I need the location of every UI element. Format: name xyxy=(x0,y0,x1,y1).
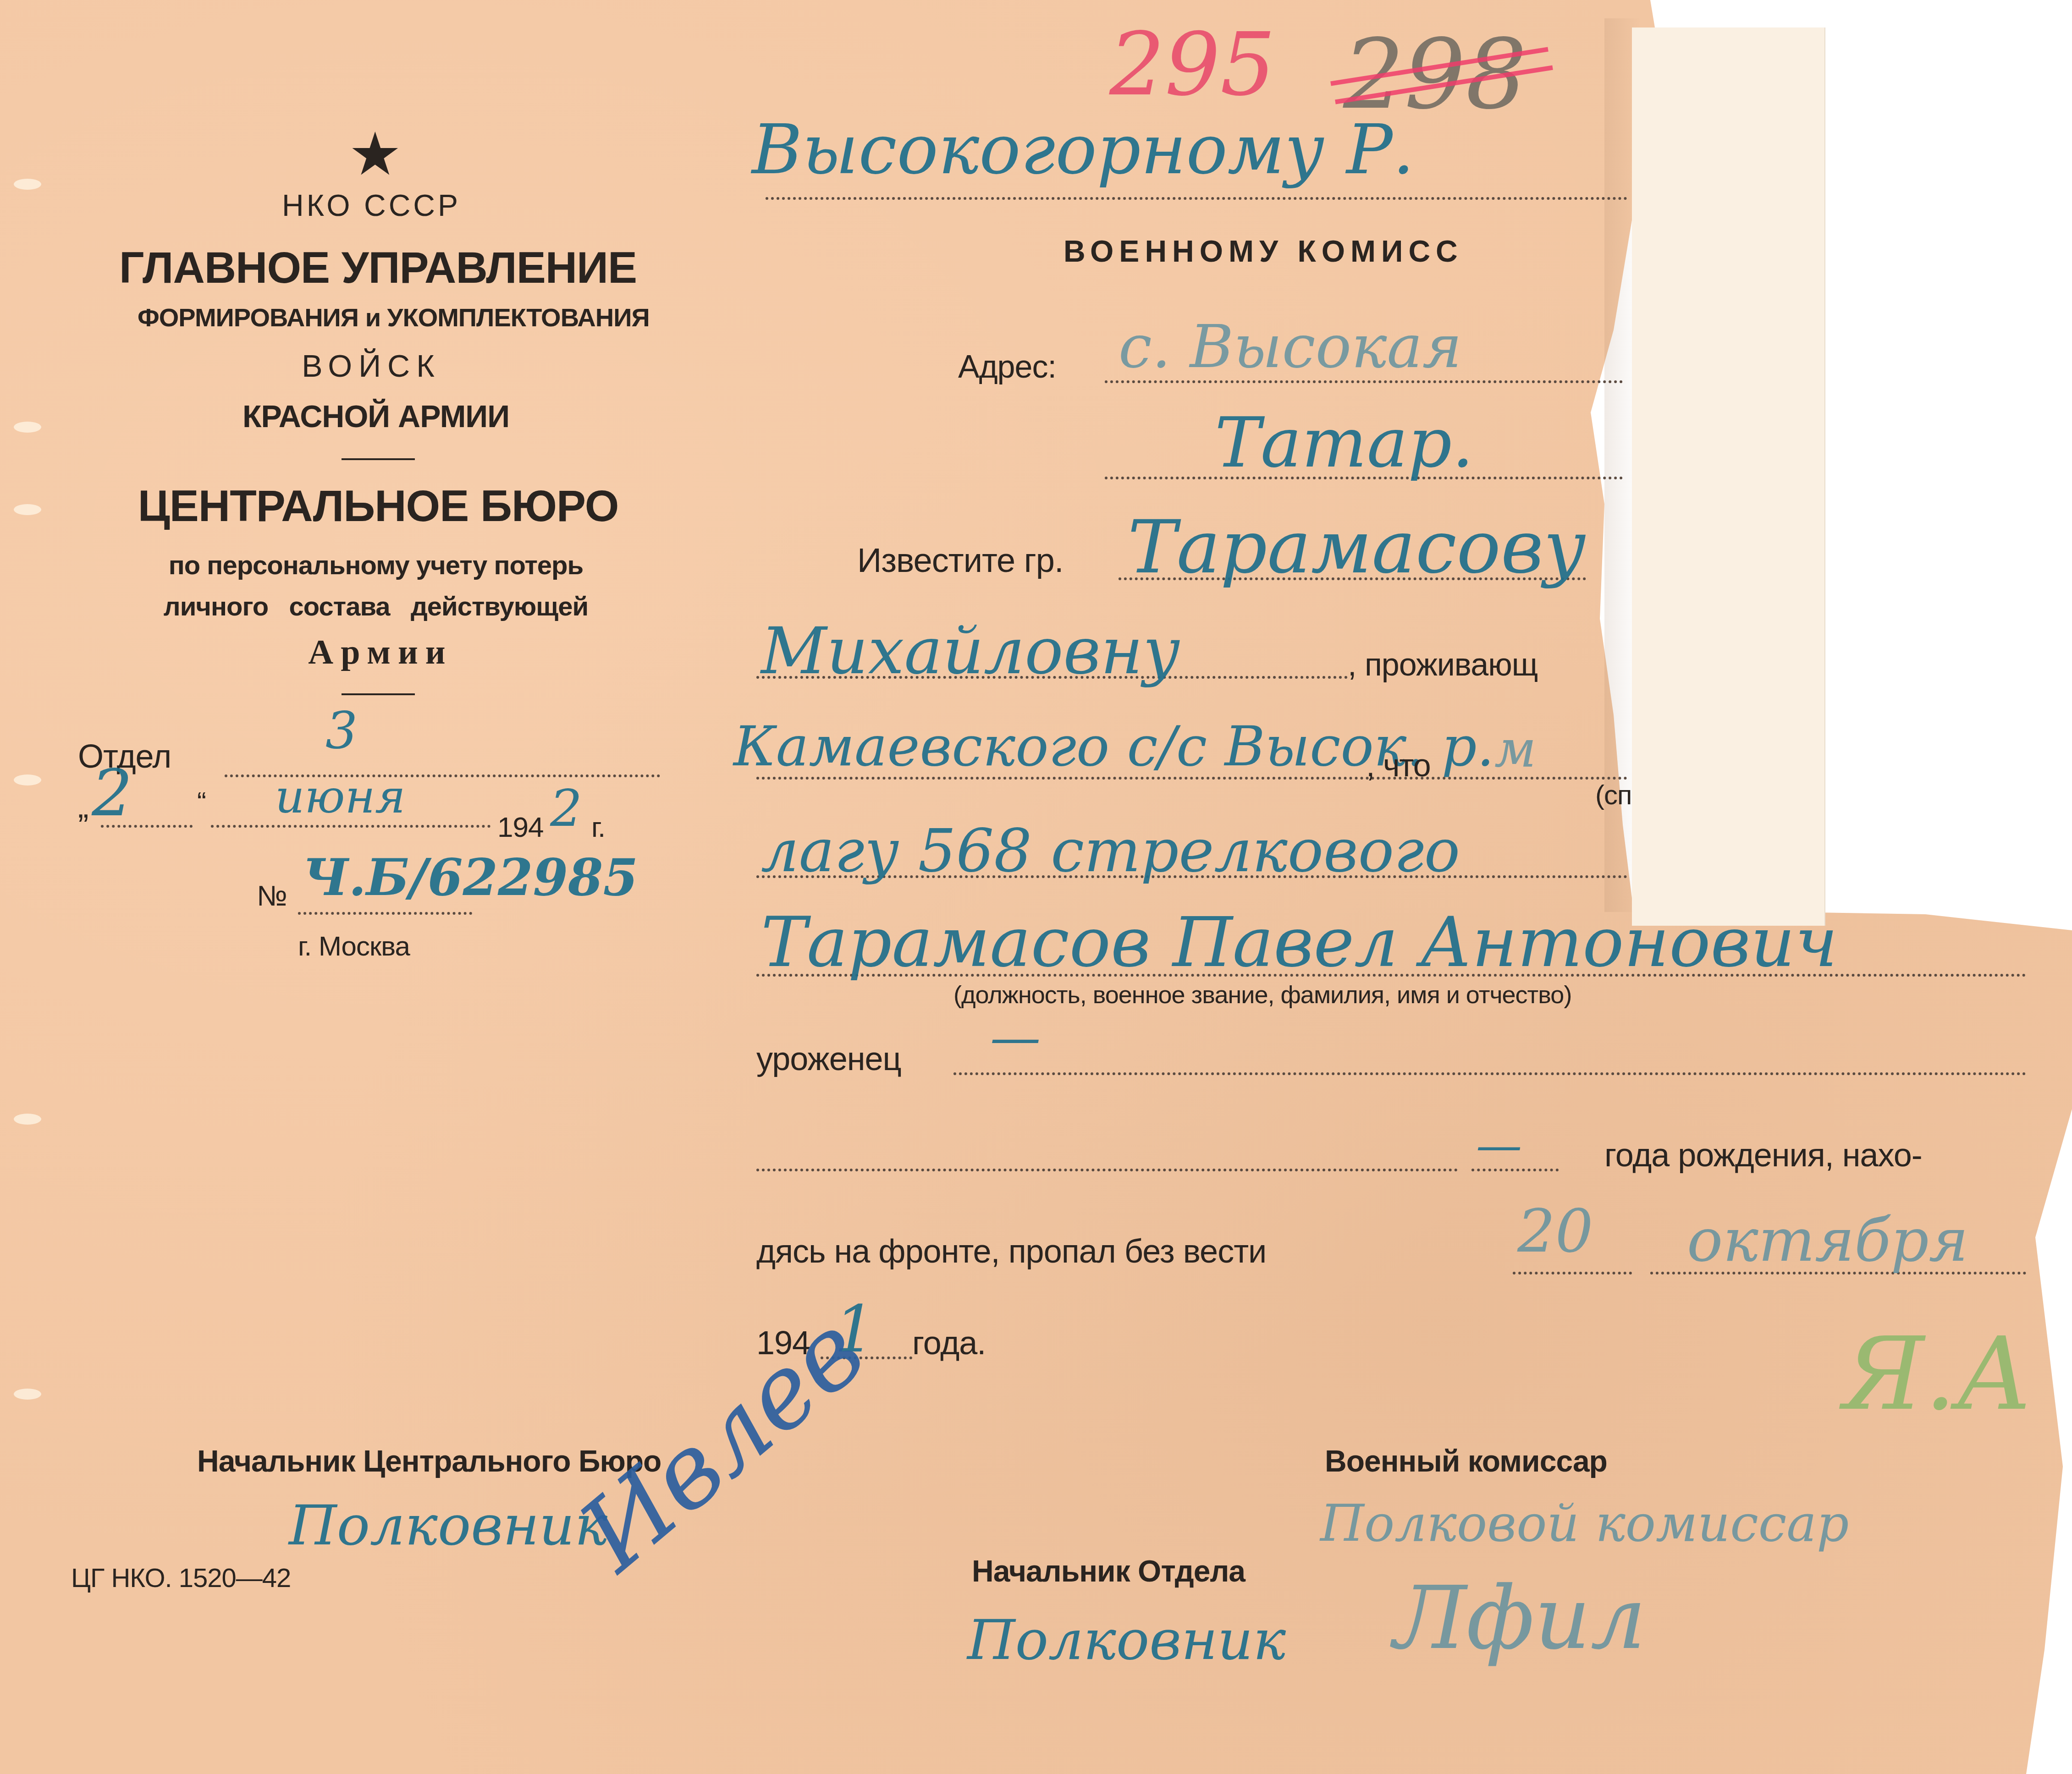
missing-day-line xyxy=(1513,1272,1632,1274)
birth-year-value[interactable]: — xyxy=(1476,1118,1522,1172)
date-year-suffix[interactable]: 2 xyxy=(550,779,582,838)
soldier-rank[interactable]: лагу 568 стрелкового xyxy=(761,816,1460,885)
notify-name[interactable]: Тарамасову xyxy=(1128,504,1586,590)
addressee-handwritten[interactable]: Высокогорному Р. xyxy=(752,110,1415,190)
notify-name-2[interactable]: Михайловну xyxy=(761,614,1180,689)
date-quote-open: „ xyxy=(78,788,88,825)
bureau-title: ЦЕНТРАЛЬНОЕ БЮРО xyxy=(138,481,619,532)
soldier-partial[interactable]: м xyxy=(1494,719,1536,778)
date-quote-close: “ xyxy=(197,786,206,818)
number-line xyxy=(298,912,472,915)
date-day-value[interactable]: 2 xyxy=(92,756,132,831)
army-label: КРАСНОЙ АРМИИ xyxy=(211,399,541,434)
birth-text: года рождения, нахо- xyxy=(1604,1137,1922,1174)
commissar-rank[interactable]: Полковой комиссар xyxy=(1320,1494,1849,1553)
date-year-prefix: 194 xyxy=(497,811,543,844)
missing-text: дясь на фронте, пропал без вести xyxy=(756,1233,1266,1270)
native-line-2 xyxy=(756,1169,1458,1171)
chief-dept-rank[interactable]: Полковник xyxy=(967,1609,1286,1672)
notify-label: Известите гр. xyxy=(857,541,1063,580)
brackets-partial: (сп xyxy=(1595,779,1631,811)
city-label: г. Москва xyxy=(298,930,410,962)
troops-label: ВОЙСК xyxy=(257,348,486,384)
name-caption: (должность, военное звание, фамилия, имя… xyxy=(953,981,1571,1009)
address-line-2-value[interactable]: Татар. xyxy=(1215,403,1474,483)
bureau-desc-2: личного состава действующей xyxy=(133,591,619,622)
addressee-printed: ВОЕННОМУ КОМИСС xyxy=(1064,234,1463,269)
chief-dept-label: Начальник Отдела xyxy=(972,1554,1245,1588)
star-icon: ★ xyxy=(348,119,402,189)
green-pencil-mark: Я.А xyxy=(1843,1315,2033,1433)
missing-month[interactable]: октября xyxy=(1687,1205,1968,1275)
native-value[interactable]: — xyxy=(990,1008,1041,1067)
divider xyxy=(342,458,415,460)
address-line-1-value[interactable]: с. Высокая xyxy=(1119,312,1462,381)
residing-label: , проживающ xyxy=(1348,646,1537,683)
addressee-line xyxy=(766,197,1627,200)
repair-patch xyxy=(1632,27,1825,926)
commissar-label: Военный комиссар xyxy=(1325,1444,1607,1478)
form-code: ЦГ НКО. 1520—42 xyxy=(71,1563,291,1593)
chief-bureau-label: Начальник Центрального Бюро xyxy=(197,1444,661,1478)
number-value[interactable]: Ч.Б/622985 xyxy=(303,848,638,907)
date-year-unit: г. xyxy=(591,811,605,844)
bureau-desc-3: Армии xyxy=(257,632,504,672)
native-label: уроженец xyxy=(756,1040,901,1078)
date-month-line xyxy=(211,825,490,828)
that-label: , что xyxy=(1366,747,1431,784)
registry-number-new: 295 xyxy=(1109,14,1276,115)
date-month-value[interactable]: июня xyxy=(275,770,406,824)
year-label: года. xyxy=(912,1324,986,1362)
soldier-name[interactable]: Тарамасов Павел Антонович xyxy=(761,903,1838,983)
address-label: Адрес: xyxy=(958,348,1056,385)
org-short: НКО СССР xyxy=(257,188,486,223)
directorate-title: ГЛАВНОЕ УПРАВЛЕНИЕ xyxy=(119,243,596,293)
divider xyxy=(342,693,415,695)
native-line xyxy=(953,1072,2026,1075)
chief-dept-signature[interactable]: Лфил xyxy=(1394,1567,1646,1669)
directorate-subtitle: ФОРМИРОВАНИЯ и УКОМПЛЕКТОВАНИЯ xyxy=(138,302,619,332)
department-value[interactable]: 3 xyxy=(325,701,358,760)
bureau-desc-1: по персональному учету потерь xyxy=(133,550,619,581)
number-label: № xyxy=(257,880,287,912)
missing-day[interactable]: 20 xyxy=(1517,1196,1593,1266)
